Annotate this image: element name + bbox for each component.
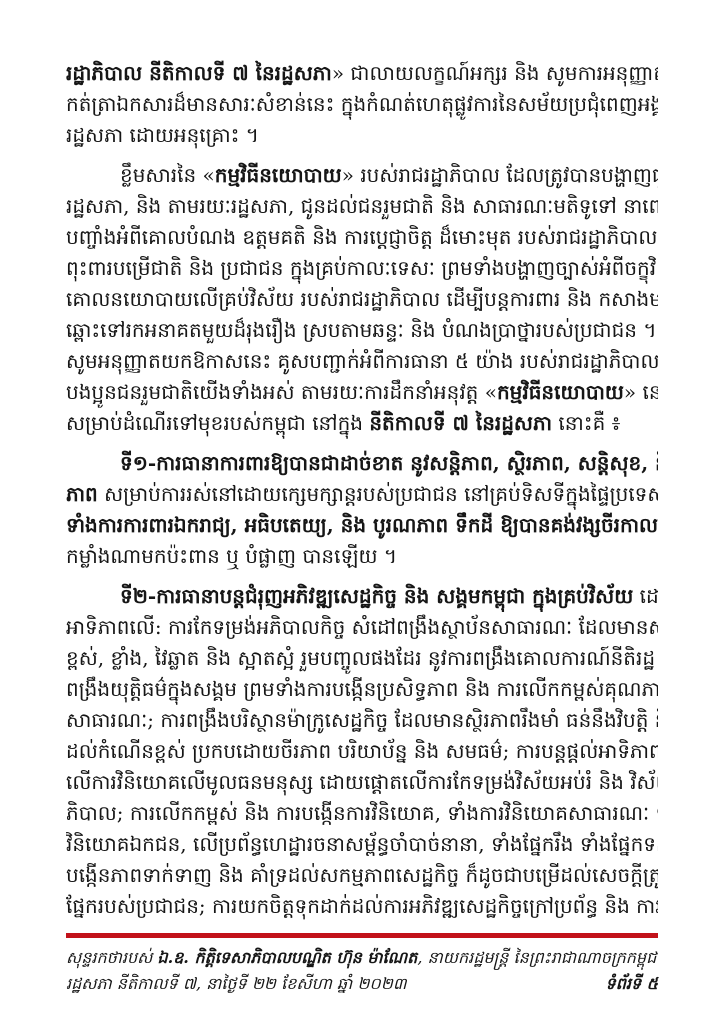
text-segment: បង្កើនភាពទាក់ទាញ និង គាំទ្រដល់សកម្មភាពសេ… xyxy=(66,863,658,887)
text-line: ខ្ពស់, ខ្លាំង, វៃឆ្លាត និង ស្អាតស្អំ រួម… xyxy=(66,643,658,674)
text-line: សូមអនុញ្ញាតយកឱកាសនេះ គូសបញ្ជាក់អំពីការធា… xyxy=(66,346,658,377)
bold-text-segment: កម្មវិធីនយោបាយ xyxy=(497,380,624,404)
text-line: ឆ្ពោះទៅរកអនាគតមួយដ៏រុងរឿង ស្របតាមឆន្ទៈ ន… xyxy=(66,315,658,346)
text-segment: ដល់កំណើនខ្ពស់ ប្រកបដោយចីរភាព បរិយាប័ន្ន … xyxy=(66,739,658,763)
footer-citation-line-1: សុន្ទរកថារបស់ ឯ.ឧ. កិត្តិទេសាភិបាលបណ្ឌិត… xyxy=(66,945,658,971)
text-line: ផ្នែករបស់ប្រជាជន; ការយកចិត្តទុកដាក់ដល់កា… xyxy=(66,891,658,922)
text-segment: វិនិយោគឯកជន, លើប្រព័ន្ធហេដ្ឋារចនាសម្ព័ន្… xyxy=(66,832,658,856)
text-segment: ដោយផ្តោត xyxy=(633,584,658,608)
paragraph-government-record: រដ្ឋាភិបាល នីតិកាលទី ៧ នៃរដ្ឋសភា» ជាលាយល… xyxy=(66,58,658,151)
text-line: សាធារណៈ; ការពង្រឹងបរិស្ថានម៉ាក្រូសេដ្ឋកិ… xyxy=(66,705,658,736)
footer-citation-text: រដ្ឋសភា នីតិកាលទី ៧, នាថ្ងៃទី ២២ ខែសីហា … xyxy=(66,971,407,997)
text-segment: សុន្ទរកថារបស់ xyxy=(66,948,157,967)
text-segment: ពង្រឹងយុត្តិធម៌ក្នុងសង្គម ព្រមទាំងការបង្… xyxy=(66,677,658,701)
text-segment: » នេះ xyxy=(624,380,658,404)
body-text: រដ្ឋាភិបាល នីតិកាលទី ៧ នៃរដ្ឋសភា» ជាលាយល… xyxy=(66,58,658,931)
text-line: គោលនយោបាយលើគ្រប់វិស័យ របស់រាជរដ្ឋាភិបាល … xyxy=(66,284,658,315)
text-line: ទី២-ការធានាបន្តជំរុញអភិវឌ្ឍសេដ្ឋកិច្ច និ… xyxy=(66,581,658,612)
text-line: បញ្ចាំងអំពីគោលបំណង ឧត្តមគតិ និង ការប្តេជ… xyxy=(66,222,658,253)
text-segment: ឆ្ពោះទៅរកអនាគតមួយដ៏រុងរឿង ស្របតាមឆន្ទៈ ន… xyxy=(66,318,658,342)
text-line: កត់ត្រាឯកសារដ៏មានសារៈសំខាន់នេះ ក្នុងកំណត… xyxy=(66,89,658,120)
text-line: ខ្លឹមសារនៃ «កម្មវិធីនយោបាយ» របស់រាជរដ្ឋា… xyxy=(66,160,658,191)
text-line: កម្លាំងណាមកប៉ះពាន ឬ បំផ្លាញ បានឡើយ ។ xyxy=(66,541,658,572)
text-segment: អាទិភាពលើ: ការកែទម្រង់អភិបាលកិច្ច សំដៅពង… xyxy=(66,615,658,639)
text-segment: » របស់រាជរដ្ឋាភិបាល ដែលត្រូវបានបង្ហាញជូន xyxy=(342,163,658,187)
text-line: អាទិភាពលើ: ការកែទម្រង់អភិបាលកិច្ច សំដៅពង… xyxy=(66,612,658,643)
footer-citation-line-2: រដ្ឋសភា នីតិកាលទី ៧, នាថ្ងៃទី ២២ ខែសីហា … xyxy=(66,971,658,997)
bold-text-segment: ទាំងការការពារឯករាជ្យ, អធិបតេយ្យ, និង បូរ… xyxy=(66,513,658,537)
text-line: សម្រាប់ដំណើរទៅមុខរបស់កម្ពុជា នៅក្នុង នីត… xyxy=(66,408,658,439)
text-segment: រដ្ឋសភា នីតិកាលទី ៧, នាថ្ងៃទី ២២ ខែសីហា … xyxy=(66,974,407,993)
text-line: ភាព សម្រាប់ការរស់នៅដោយក្សេមក្សាន្តរបស់ប្… xyxy=(66,479,658,510)
text-line: ពង្រឹងយុត្តិធម៌ក្នុងសង្គម ព្រមទាំងការបង្… xyxy=(66,674,658,705)
text-line: លើការវិនិយោគលើមូលធនមនុស្ស ដោយផ្តោតលើការក… xyxy=(66,767,658,798)
text-segment: កត់ត្រាឯកសារដ៏មានសារៈសំខាន់នេះ ក្នុងកំណត… xyxy=(66,92,658,116)
text-line: ទាំងការការពារឯករាជ្យ, អធិបតេយ្យ, និង បូរ… xyxy=(66,510,658,541)
bold-text-segment: រដ្ឋាភិបាល នីតិកាលទី ៧ នៃរដ្ឋសភា xyxy=(66,61,332,85)
text-segment: សាធារណៈ; ការពង្រឹងបរិស្ថានម៉ាក្រូសេដ្ឋកិ… xyxy=(66,708,658,732)
text-line: រដ្ឋសភា ដោយអនុគ្រោះ ។ xyxy=(66,120,658,151)
text-segment: រដ្ឋសភា ដោយអនុគ្រោះ ។ xyxy=(66,123,259,147)
text-segment: » ជាលាយលក្ខណ៍អក្សរ និង សូមការអនុញ្ញាត xyxy=(332,61,658,85)
text-segment: សម្រាប់ដំណើរទៅមុខរបស់កម្ពុជា នៅក្នុង xyxy=(66,411,369,435)
text-line: រដ្ឋាភិបាល នីតិកាលទី ៧ នៃរដ្ឋសភា» ជាលាយល… xyxy=(66,58,658,89)
text-line: រដ្ឋសភា, និង តាមរយៈរដ្ឋសភា, ជូនដល់ជនរួមជ… xyxy=(66,191,658,222)
bold-text-segment: កម្មវិធីនយោបាយ xyxy=(215,163,342,187)
text-segment: បញ្ចាំងអំពីគោលបំណង ឧត្តមគតិ និង ការប្តេជ… xyxy=(66,225,658,249)
footer-rule xyxy=(66,933,658,938)
text-segment: រដ្ឋសភា, និង តាមរយៈរដ្ឋសភា, ជូនដល់ជនរួមជ… xyxy=(66,194,658,218)
text-segment: លើការវិនិយោគលើមូលធនមនុស្ស ដោយផ្តោតលើការក… xyxy=(66,770,658,794)
text-segment: គោលនយោបាយលើគ្រប់វិស័យ របស់រាជរដ្ឋាភិបាល … xyxy=(66,287,658,311)
text-segment: សូមអនុញ្ញាតយកឱកាសនេះ គូសបញ្ជាក់អំពីការធា… xyxy=(66,349,658,373)
paragraph-pledge-2: ទី២-ការធានាបន្តជំរុញអភិវឌ្ឍសេដ្ឋកិច្ច និ… xyxy=(66,581,658,922)
paragraph-political-program: ខ្លឹមសារនៃ «កម្មវិធីនយោបាយ» របស់រាជរដ្ឋា… xyxy=(66,160,658,439)
text-line: ភិបាល; ការលើកកម្ពស់ និង ការបង្កើនការវិនិ… xyxy=(66,798,658,829)
text-segment: បងប្អូនជនរួមជាតិយើងទាំងអស់ តាមរយៈការដឹកន… xyxy=(66,380,497,404)
bold-text-segment: ភាព xyxy=(66,482,98,506)
text-segment: សម្រាប់ការរស់នៅដោយក្សេមក្សាន្តរបស់ប្រជាជ… xyxy=(98,482,658,506)
text-line: វិនិយោគឯកជន, លើប្រព័ន្ធហេដ្ឋារចនាសម្ព័ន្… xyxy=(66,829,658,860)
text-segment: , នាយករដ្ឋមន្ត្រី នៃព្រះរាជាណាចក្រកម្ពុជ… xyxy=(417,948,658,967)
text-line: ពុះពារបម្រើជាតិ និង ប្រជាជន ក្នុងគ្រប់កា… xyxy=(66,253,658,284)
text-segment: ខ្លឹមសារនៃ « xyxy=(120,163,215,187)
document-page: រដ្ឋាភិបាល នីតិកាលទី ៧ នៃរដ្ឋសភា» ជាលាយល… xyxy=(0,0,724,1024)
text-segment: កម្លាំងណាមកប៉ះពាន ឬ បំផ្លាញ បានឡើយ ។ xyxy=(66,544,397,568)
text-line: បង្កើនភាពទាក់ទាញ និង គាំទ្រដល់សកម្មភាពសេ… xyxy=(66,860,658,891)
text-segment: ពុះពារបម្រើជាតិ និង ប្រជាជន ក្នុងគ្រប់កា… xyxy=(66,256,658,280)
bold-text-segment: ទី២-ការធានាបន្តជំរុញអភិវឌ្ឍសេដ្ឋកិច្ច និ… xyxy=(120,584,633,608)
text-segment: នោះគឺ ៖ xyxy=(552,411,620,435)
bold-text-segment: ទី១-ការធានាការពារឱ្យបានជាដាច់ខាត នូវសន្ត… xyxy=(120,451,658,475)
bold-text-segment: នីតិកាលទី ៧ នៃរដ្ឋសភា xyxy=(369,411,552,435)
page-number: ទំព័រទី ៥ xyxy=(606,971,658,997)
text-line: បងប្អូនជនរួមជាតិយើងទាំងអស់ តាមរយៈការដឹកន… xyxy=(66,377,658,408)
text-line: ដល់កំណើនខ្ពស់ ប្រកបដោយចីរភាព បរិយាប័ន្ន … xyxy=(66,736,658,767)
paragraph-pledge-1: ទី១-ការធានាការពារឱ្យបានជាដាច់ខាត នូវសន្ត… xyxy=(66,448,658,572)
page-footer: សុន្ទរកថារបស់ ឯ.ឧ. កិត្តិទេសាភិបាលបណ្ឌិត… xyxy=(66,933,658,997)
text-segment: ខ្ពស់, ខ្លាំង, វៃឆ្លាត និង ស្អាតស្អំ រួម… xyxy=(66,646,658,670)
text-segment: ផ្នែករបស់ប្រជាជន; ការយកចិត្តទុកដាក់ដល់កា… xyxy=(66,894,658,918)
text-line: ទី១-ការធានាការពារឱ្យបានជាដាច់ខាត នូវសន្ត… xyxy=(66,448,658,479)
bold-text-segment: ឯ.ឧ. កិត្តិទេសាភិបាលបណ្ឌិត ហ៊ុន ម៉ាណែត xyxy=(157,948,417,967)
text-segment: ភិបាល; ការលើកកម្ពស់ និង ការបង្កើនការវិនិ… xyxy=(66,801,658,825)
